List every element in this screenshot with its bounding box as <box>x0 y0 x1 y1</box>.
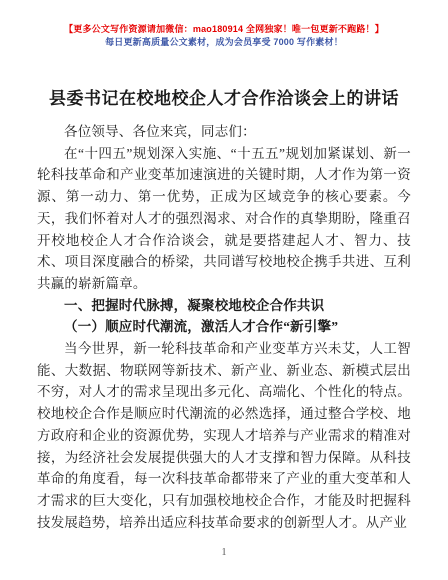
promo-line-2: 每日更新高质量公文素材，成为会员享受 7000 写作素材！ <box>0 36 448 49</box>
section-heading-2: （一）顺应时代潮流，激活人才合作“新引擎” <box>37 316 411 338</box>
promo-line-1: 【更多公文写作资源请加微信：mao180914 全网独家！唯一包更新不跑路！】 <box>0 23 448 36</box>
salutation-paragraph: 各位领导、各位来宾，同志们： <box>37 121 411 143</box>
document-title: 县委书记在校地校企人才合作洽谈会上的讲话 <box>37 84 411 109</box>
section-heading-1: 一、把握时代脉搏，凝聚校地校企合作共识 <box>37 295 411 317</box>
page-number: 1 <box>0 547 448 558</box>
body-paragraph-2: 当今世界，新一轮科技革命和产业变革方兴未艾，人工智能、大数据、物联网等新技术、新… <box>37 338 411 533</box>
promo-header: 【更多公文写作资源请加微信：mao180914 全网独家！唯一包更新不跑路！】 … <box>0 23 448 49</box>
document-body: 县委书记在校地校企人才合作洽谈会上的讲话 各位领导、各位来宾，同志们： 在“十四… <box>37 84 411 533</box>
document-page: 【更多公文写作资源请加微信：mao180914 全网独家！唯一包更新不跑路！】 … <box>0 0 448 580</box>
body-paragraph-1: 在“十四五”规划深入实施、“十五五”规划加紧谋划、新一轮科技革命和产业变革加速演… <box>37 143 411 295</box>
